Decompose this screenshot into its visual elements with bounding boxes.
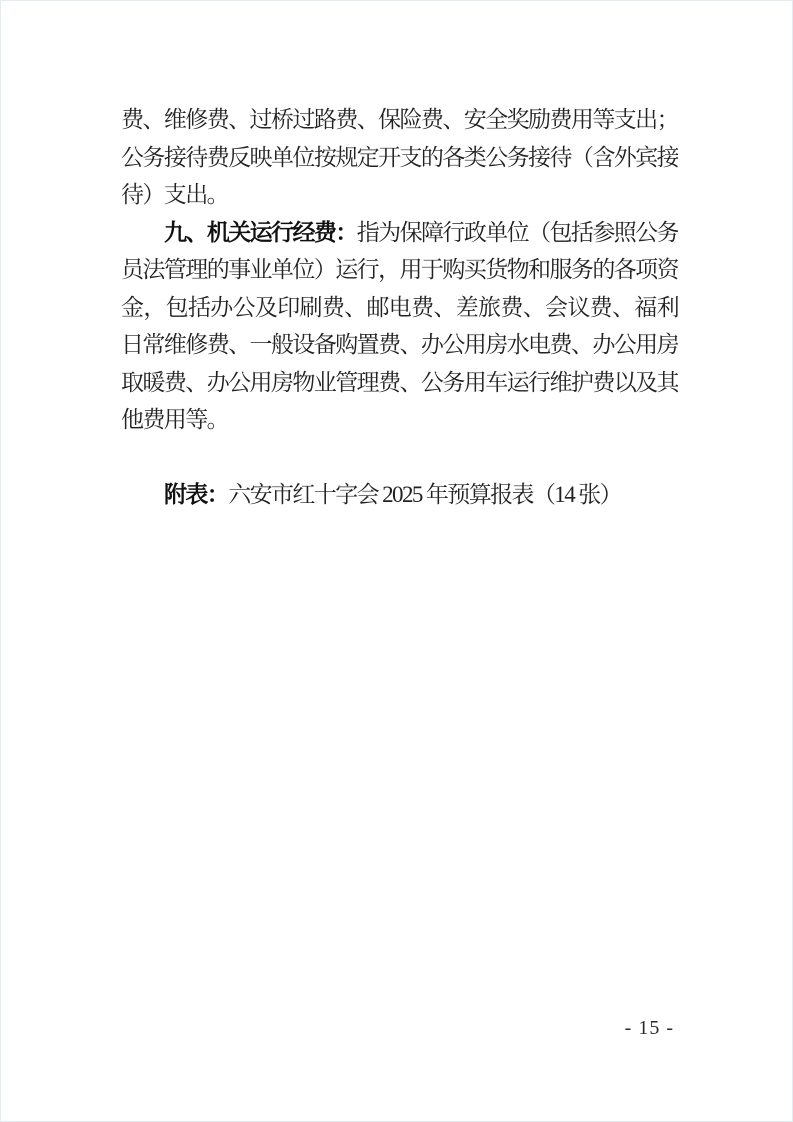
text-segment: 日常维修费、一般设备购置费、办公用房水电费、办公用房 [121,332,678,357]
text-line: 待）支出。 [121,176,678,214]
bold-text-segment: 附表： [164,481,228,507]
text-line: 日常维修费、一般设备购置费、办公用房水电费、办公用房 [121,326,678,364]
text-segment: 取暖费、办公用房物业管理费、公务用车运行维护费以及其 [121,370,678,395]
official-reception-expense-paragraph: 费、维修费、过桥过路费、保险费、安全奖励费用等支出；公务接待费反映单位按规定开支… [121,101,678,214]
text-segment: 费、维修费、过桥过路费、保险费、安全奖励费用等支出； [121,107,678,132]
text-segment: 员法管理的事业单位）运行，用于购买货物和服务的各项资 [121,257,678,282]
text-segment: 金，包括办公及印刷费、邮电费、差旅费、会议费、福利费、 [121,295,678,327]
text-line: 他费用等。 [121,401,678,439]
agency-operating-funds-paragraph: 九、机关运行经费：指为保障行政单位（包括参照公务员法管理的事业单位）运行，用于购… [121,214,678,439]
text-line: 费、维修费、过桥过路费、保险费、安全奖励费用等支出； [121,101,678,139]
text-line: 金，包括办公及印刷费、邮电费、差旅费、会议费、福利费、 [121,289,678,327]
text-line: 取暖费、办公用房物业管理费、公务用车运行维护费以及其 [121,364,678,402]
text-line: 九、机关运行经费：指为保障行政单位（包括参照公务 [121,214,678,252]
text-segment: 六安市红十字会 2025 年预算报表（14 张） [228,482,621,507]
attachment-note-paragraph: 附表：六安市红十字会 2025 年预算报表（14 张） [121,476,678,514]
text-line: 员法管理的事业单位）运行，用于购买货物和服务的各项资 [121,251,678,289]
text-line: 附表：六安市红十字会 2025 年预算报表（14 张） [121,476,678,514]
text-segment: 待）支出。 [121,182,228,207]
text-segment: 他费用等。 [121,407,228,432]
bold-text-segment: 九、机关运行经费： [164,219,357,245]
document-page: 费、维修费、过桥过路费、保险费、安全奖励费用等支出；公务接待费反映单位按规定开支… [0,0,793,1122]
text-segment: 指为保障行政单位（包括参照公务 [357,220,678,245]
document-body: 费、维修费、过桥过路费、保险费、安全奖励费用等支出；公务接待费反映单位按规定开支… [121,101,678,513]
page-number: - 15 - [625,1015,674,1041]
text-line: 公务接待费反映单位按规定开支的各类公务接待（含外宾接 [121,139,678,177]
text-segment: 公务接待费反映单位按规定开支的各类公务接待（含外宾接 [121,145,678,170]
